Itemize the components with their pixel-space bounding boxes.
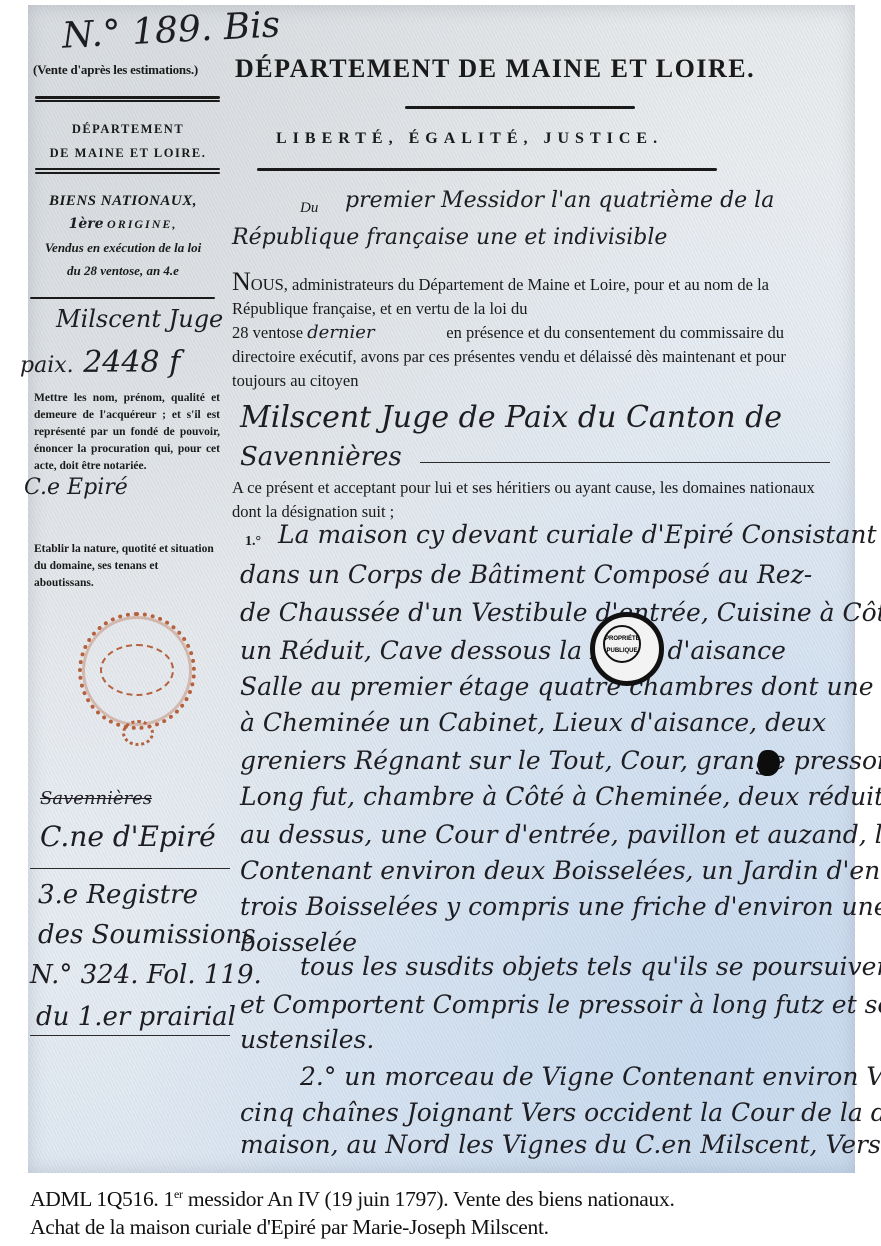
designation-line: greniers Régnant sur le Tout, Cour, gran… [240,746,881,775]
biens-title: BIENS NATIONAUX, [30,190,216,213]
date-handwritten-line1: premier Messidor l'an quatrième de la [345,188,774,213]
designation-line: 2.° un morceau de Vigne Contenant enviro… [300,1062,881,1091]
struck-commune: Savennières [40,788,152,809]
register-line: des Soumissions [38,920,256,950]
designation-line: Salle au premier étage quatre chambres d… [240,672,873,701]
date-label: Du [300,200,318,217]
citizen-line2: Savennières [240,442,402,472]
designation-line: au dessus, une Cour d'entrée, pavillon e… [240,820,881,849]
designation-line: maison, au Nord les Vignes du C.en Milsc… [240,1130,881,1159]
department-title: DÉPARTEMENT DE MAINE ET LOIRE. [235,54,755,84]
divider [405,106,635,109]
divider [35,100,220,102]
figure-caption: ADML 1Q516. 1er messidor An IV (19 juin … [30,1180,880,1241]
stamp-inner: PROPRIÉTÉ PUBLIQUE [603,625,641,663]
designation-line: Contenant environ deux Boisselées, un Ja… [240,856,881,885]
date-handwritten-line2: République française une et indivisible [232,225,667,250]
sidebar-department: DÉPARTEMENT DE MAINE ET LOIRE. [40,117,216,165]
seal-inner [100,644,174,696]
register-line: N.° 324. Fol. 119. [30,960,262,990]
sidebar-department-line2: DE MAINE ET LOIRE. [40,141,216,165]
biens-origin: 1ère ORIGINE, [30,213,216,236]
designation-line: à Cheminée un Cabinet, Lieux d'aisance, … [240,708,826,737]
designation-line: dans un Corps de Bâtiment Composé au Rez… [240,560,812,589]
sidebar-buyer-name: Milscent Juge [56,305,223,333]
red-wax-seal-icon [78,612,196,730]
citizen-line1: Milscent Juge de Paix du Canton de [240,400,782,435]
register-line: 3.e Registre [38,880,198,910]
designation-line: tous les susdits objets tels qu'ils se p… [300,952,881,981]
divider [30,297,215,299]
caption-line1: ADML 1Q516. 1er messidor An IV (19 juin … [30,1180,880,1213]
divider [35,96,220,99]
biens-nationaux-block: BIENS NATIONAUX, 1ère ORIGINE, Vendus en… [30,190,216,282]
drop-capital: N [232,267,251,296]
sidebar-commune: C.ne d'Epiré [40,820,216,853]
instruction-domain: Etablir la nature, quotité et situation … [34,541,220,592]
motto: LIBERTÉ, ÉGALITÉ, JUSTICE. [276,130,663,148]
designation-line: un Réduit, Cave dessous la Lieux d'aisan… [240,636,786,665]
divider [30,1035,230,1036]
biens-date: du 28 ventose, an 4.e [30,259,216,282]
sale-note: (Vente d'après les estimations.) [33,62,198,78]
seal-tail [122,720,154,746]
caption-line2: Achat de la maison curiale d'Epiré par M… [30,1213,880,1241]
biens-law: Vendus en exécution de la loi [30,236,216,259]
divider [257,168,717,171]
nous-paragraph: NOUS, administrateurs du Département de … [232,270,832,393]
sidebar-price: paix. 2448 f [20,345,180,380]
ventose-handwritten: dernier [307,321,442,345]
designation-line: Long fut, chambre à Côté à Cheminée, deu… [240,782,881,811]
divider [35,168,220,170]
designation-line: cinq chaînes Joignant Vers occident la C… [240,1098,881,1127]
designation-line: La maison cy devant curiale d'Epiré Cons… [278,520,877,549]
instruction-buyer: Mettre les nom, prénom, qualité et demeu… [34,390,220,475]
register-line: du 1.er prairial [36,1002,236,1032]
sidebar-department-line1: DÉPARTEMENT [40,117,216,141]
divider [35,172,220,174]
divider [30,868,230,869]
ventose-prefix: 28 ventose [232,323,303,342]
sidebar-commune-note: C.e Epiré [24,475,128,500]
designation-line: trois Boisselées y compris une friche d'… [240,892,881,921]
propriete-publique-stamp-icon: PROPRIÉTÉ PUBLIQUE [590,612,664,686]
acceptance-paragraph: A ce présent et acceptant pour lui et se… [232,476,832,524]
designation-line: et Comportent Compris le pressoir à long… [240,990,881,1019]
designation-line: ustensiles. [240,1025,374,1054]
item1-number: 1.° [245,534,261,550]
designation-line: de Chaussée d'un Vestibule d'entrée, Cui… [240,598,881,627]
divider [420,462,830,463]
